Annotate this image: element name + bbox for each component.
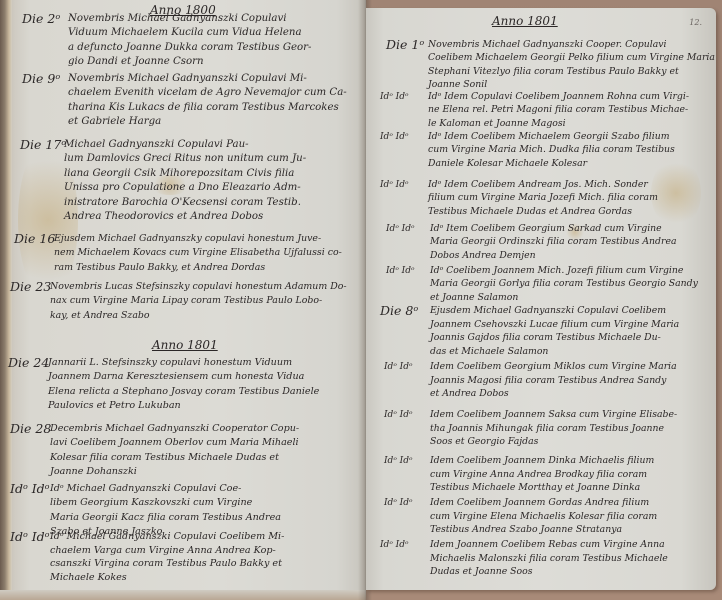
entry-line: Dobos Andrea Demjen <box>430 249 677 262</box>
entry-line: gio Dandi et Joanne Csorn <box>68 55 311 69</box>
entry-line: Idᵒ Idem Copulavi Coelibem Joannem Rohna… <box>428 90 689 103</box>
entry-ditto-mark: Idᵒ Idᵒ <box>386 222 414 236</box>
entry-line: Idᵒ Idem Coelibem Andream Jos. Mich. Son… <box>428 178 658 191</box>
entry-line: et Andrea Dobos <box>430 387 677 401</box>
entry-date: Die 1ᵒ <box>386 38 424 52</box>
entry-text: Idem Joannem Coelibem Rebas cum Virgine … <box>430 538 668 579</box>
entry-text: Novembris Lucas Stefsinszky copulavi hon… <box>50 280 347 323</box>
entry-line: Jannarii L. Stefsinszky copulavi honestu… <box>48 356 319 370</box>
entry-line: Andrea Theodorovics et Andrea Dobos <box>64 210 306 224</box>
entry-line: Novembris Michael Gadnyanszki Copulavi <box>68 12 311 26</box>
entry-line: Maria Georgii Gorlya filia coram Testibu… <box>430 277 698 290</box>
entry-date: Die 9ᵒ <box>22 72 60 86</box>
entry-line: Maria Georgii Kacz filia coram Testibus … <box>50 511 281 525</box>
entry-line: Joanne Dohanszki <box>50 465 299 479</box>
entry-line: nem Michaelem Kovacs cum Virgine Elisabe… <box>54 246 342 260</box>
entry-line: Idem Joannem Coelibem Rebas cum Virgine … <box>430 538 668 552</box>
entry-line: cum Virgine Elena Michaelis Kolesar fili… <box>430 510 657 524</box>
entry-line: inistratore Barochia O'Kecsensi coram Te… <box>64 196 306 210</box>
entry-line: Michaelis Malonszki filia coram Testibus… <box>430 552 668 566</box>
entry-date: Die 16 <box>14 232 55 246</box>
entry-line: Joannem Csehovszki Lucae filium cum Virg… <box>430 318 679 332</box>
entry-line: cum Virgine Anna Andrea Brodkay filia co… <box>430 468 654 482</box>
entry-line: Joannis Gajdos filia coram Testibus Mich… <box>430 331 679 345</box>
entry-text: Decembris Michael Gadnyanszki Cooperator… <box>50 422 299 480</box>
entry-line: Idem Coelibem Joannem Gordas Andrea fili… <box>430 496 657 510</box>
entry-line: Ejusdem Michael Gadnyanszki Copulavi Coe… <box>430 304 679 318</box>
entry-text: Novembris Michael Gadnyanszki Cooper. Co… <box>428 38 715 92</box>
entry-line: csanszki Virgina coram Testibus Paulo Ba… <box>50 557 284 571</box>
entry-ditto-mark: Idᵒ Idᵒ <box>10 530 49 544</box>
entry-line: Idᵒ Item Coelibem Georgium Sarkad cum Vi… <box>430 222 677 235</box>
entry-text: Idᵒ Item Coelibem Georgium Sarkad cum Vi… <box>430 222 677 262</box>
entry-line: Idᵒ Michael Gadnyanszki Copulavi Coelibe… <box>50 530 284 544</box>
entry-line: Joannis Magosi filia coram Testibus Andr… <box>430 374 677 388</box>
entry-text: Idem Coelibem Joannem Gordas Andrea fili… <box>430 496 657 537</box>
entry-line: Idem Coelibem Georgium Miklos cum Virgin… <box>430 360 677 374</box>
entry-line: Testibus Andrea Szabo Joanne Stratanya <box>430 523 657 537</box>
entry-line: Idᵒ Michael Gadnyanszki Copulavi Coe- <box>50 482 281 496</box>
left-page-bottom-edge <box>0 590 366 600</box>
open-register-book: Anno 1800 Die 2ᵒ Novembris Michael Gadny… <box>0 0 722 600</box>
entry-ditto-mark: Idᵒ Idᵒ <box>384 360 412 374</box>
entry-date: Die 23 <box>10 280 51 294</box>
entry-line: das et Michaele Salamon <box>430 345 679 359</box>
entry-ditto-mark: Idᵒ Idᵒ <box>384 408 412 422</box>
entry-line: Testibus Michaele Mortthay et Joanne Din… <box>430 481 654 495</box>
entry-line: tha Joannis Mihungak filia coram Testibu… <box>430 422 677 436</box>
entry-date: Die 2ᵒ <box>22 12 60 26</box>
entry-ditto-mark: Idᵒ Idᵒ <box>380 178 408 192</box>
entry-text: Idᵒ Coelibem Joannem Mich. Jozefi filium… <box>430 264 698 304</box>
entry-line: Dudas et Joanne Soos <box>430 565 668 579</box>
entry-text: Idᵒ Michael Gadnyanszki Copulavi Coelibe… <box>50 530 284 584</box>
left-page: Anno 1800 Die 2ᵒ Novembris Michael Gadny… <box>0 0 366 600</box>
entry-line: kay, et Andrea Szabo <box>50 309 347 323</box>
entry-line: Daniele Kolesar Michaele Kolesar <box>428 157 675 170</box>
entry-line: le Kaloman et Joanne Magosi <box>428 117 689 130</box>
entry-line: Viduum Michaelem Kucila cum Vidua Helena <box>68 26 311 40</box>
entry-line: nax cum Virgine Maria Lipay coram Testib… <box>50 294 347 308</box>
entry-ditto-mark: Idᵒ Idᵒ <box>384 496 412 510</box>
entry-line: filium cum Virgine Maria Jozefi Mich. fi… <box>428 191 658 204</box>
entry-line: Maria Georgii Ordinszki filia coram Test… <box>430 235 677 248</box>
entry-line: Novembris Michael Gadnyanszki Copulavi M… <box>68 72 347 86</box>
entry-line: et Joanne Salamon <box>430 291 698 304</box>
right-page: 12. Anno 1801 Die 1ᵒ Novembris Michael G… <box>366 8 716 590</box>
entry-line: Michael Gadnyanszki Copulavi Pau- <box>64 138 306 152</box>
entry-ditto-mark: Idᵒ Idᵒ <box>384 454 412 468</box>
year-heading-1801: Anno 1801 <box>492 14 558 28</box>
entry-text: Ejusdem Michael Gadnyanszki Copulavi Coe… <box>430 304 679 358</box>
entry-line: Stephani Vitezlyo filia coram Testibus P… <box>428 65 715 78</box>
entry-ditto-mark: Idᵒ Idᵒ <box>380 90 408 104</box>
entry-line: Unissa pro Copulatione a Dno Eleazario A… <box>64 181 306 195</box>
entry-text: Idem Coelibem Joannem Saksa cum Virgine … <box>430 408 677 449</box>
entry-text: Idᵒ Idem Coelibem Michaelem Georgii Szab… <box>428 130 675 170</box>
entry-ditto-mark: Idᵒ Idᵒ <box>380 538 408 552</box>
entry-line: a defuncto Joanne Dukka coram Testibus G… <box>68 41 311 55</box>
entry-line: Soos et Georgio Fajdas <box>430 435 677 449</box>
entry-line: Coelibem Michaelem Georgii Pelko filium … <box>428 51 715 64</box>
entry-line: Joannem Darna Keresztesiensem cum honest… <box>48 370 319 384</box>
entry-line: Decembris Michael Gadnyanszki Cooperator… <box>50 422 299 436</box>
entry-line: Idem Coelibem Joannem Dinka Michaelis fi… <box>430 454 654 468</box>
entry-line: Idᵒ Idem Coelibem Michaelem Georgii Szab… <box>428 130 675 143</box>
entry-line: Novembris Lucas Stefsinszky copulavi hon… <box>50 280 347 294</box>
entry-text: Novembris Michael Gadnyanszki Copulavi V… <box>68 12 311 70</box>
entry-date: Die 17ᵒ <box>20 138 66 152</box>
entry-ditto-mark: Idᵒ Idᵒ <box>10 482 49 496</box>
entry-date: Die 8ᵒ <box>380 304 418 318</box>
left-binding-edge <box>0 0 12 600</box>
entry-line: liana Georgii Csik Mihorepozsitam Civis … <box>64 167 306 181</box>
entry-line: et Gabriele Harga <box>68 115 347 129</box>
entry-line: ne Elena rel. Petri Magoni filia coram T… <box>428 103 689 116</box>
entry-line: lavi Coelibem Joannem Oberlov cum Maria … <box>50 436 299 450</box>
entry-text: Novembris Michael Gadnyanszki Copulavi M… <box>68 72 347 130</box>
entry-text: Idem Coelibem Georgium Miklos cum Virgin… <box>430 360 677 401</box>
entry-text: Jannarii L. Stefsinszky copulavi honestu… <box>48 356 319 414</box>
entry-line: Elena relicta a Stephano Josvay coram Te… <box>48 385 319 399</box>
entry-line: Ejusdem Michael Gadnyanszky copulavi hon… <box>54 232 342 246</box>
entry-line: Kolesar filia coram Testibus Michaele Du… <box>50 451 299 465</box>
entry-text: Idᵒ Idem Coelibem Andream Jos. Mich. Son… <box>428 178 658 218</box>
entry-line: Novembris Michael Gadnyanszki Cooper. Co… <box>428 38 715 51</box>
page-number: 12. <box>689 18 702 27</box>
year-heading-1801: Anno 1801 <box>152 338 218 352</box>
entry-date: Die 28 <box>10 422 51 436</box>
entry-line: Idᵒ Coelibem Joannem Mich. Jozefi filium… <box>430 264 698 277</box>
entry-text: Idᵒ Idem Copulavi Coelibem Joannem Rohna… <box>428 90 689 130</box>
entry-line: Testibus Michaele Dudas et Andrea Gordas <box>428 205 658 218</box>
entry-line: ram Testibus Paulo Bakky, et Andrea Dord… <box>54 261 342 275</box>
entry-line: Idem Coelibem Joannem Saksa cum Virgine … <box>430 408 677 422</box>
entry-line: libem Georgium Kaszkovszki cum Virgine <box>50 496 281 510</box>
entry-line: lum Damlovics Greci Ritus non unitum cum… <box>64 152 306 166</box>
entry-line: chaelem Varga cum Virgine Anna Andrea Ko… <box>50 544 284 558</box>
entry-line: Michaele Kokes <box>50 571 284 585</box>
entry-line: tharina Kis Lukacs de filia coram Testib… <box>68 101 347 115</box>
entry-text: Ejusdem Michael Gadnyanszky copulavi hon… <box>54 232 342 275</box>
entry-text: Michael Gadnyanszki Copulavi Pau- lum Da… <box>64 138 306 224</box>
entry-ditto-mark: Idᵒ Idᵒ <box>386 264 414 278</box>
entry-text: Idem Coelibem Joannem Dinka Michaelis fi… <box>430 454 654 495</box>
entry-date: Die 24 <box>8 356 49 370</box>
entry-ditto-mark: Idᵒ Idᵒ <box>380 130 408 144</box>
entry-line: chaelem Evenith vicelam de Agro Nevemajo… <box>68 86 347 100</box>
entry-line: cum Virgine Maria Mich. Dudka filia cora… <box>428 143 675 156</box>
entry-line: Paulovics et Petro Lukuban <box>48 399 319 413</box>
